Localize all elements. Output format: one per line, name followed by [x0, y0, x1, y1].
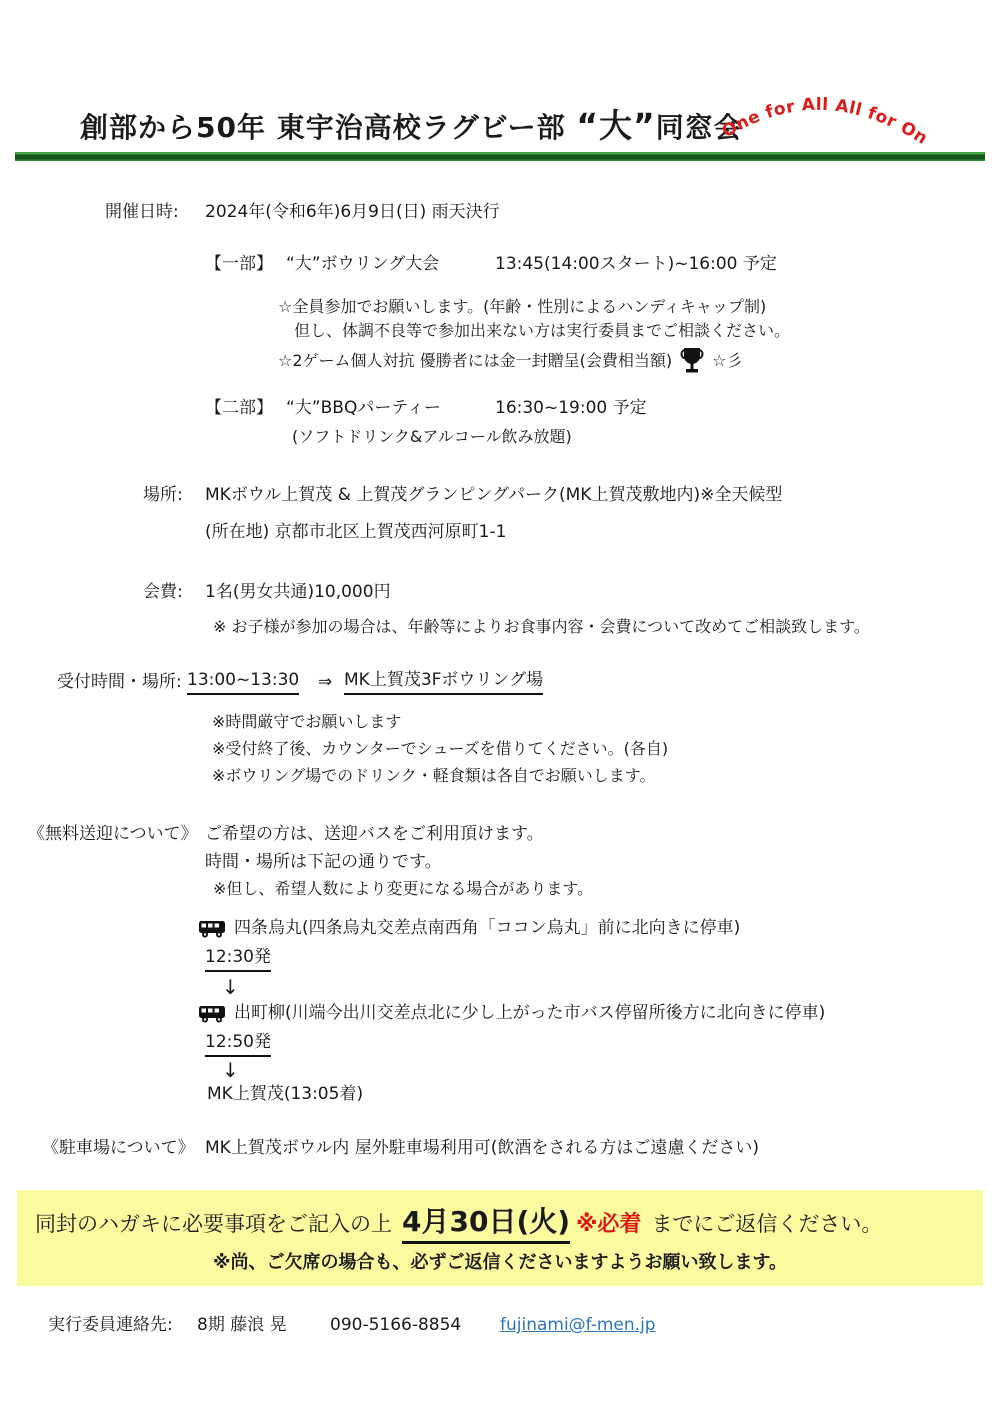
venue-name: MKボウル上賀茂 & 上賀茂グランピングパーク(MK上賀茂敷地内)※全天候型	[205, 485, 782, 506]
reply-line1-post: までにご返信ください。	[651, 1208, 882, 1238]
bus-icon	[198, 1005, 226, 1023]
shuttle-stop-name: 四条烏丸(四条烏丸交差点南西角「ココン烏丸」前に北向きに停車)	[234, 918, 740, 939]
down-arrow-icon: ↓	[222, 975, 239, 1000]
shuttle-intro-3: ※但し、希望人数により変更になる場合があります。	[213, 879, 593, 899]
date-value: 2024年(令和6年)6月9日(日) 雨天決行	[205, 202, 500, 223]
page-title: 創部から50年 東宇治高校ラグビー部 “大”同窓会	[80, 100, 743, 147]
part1-time: 13:45(14:00スタート)~16:00 予定	[495, 254, 777, 275]
down-arrow-icon: ↓	[222, 1058, 239, 1083]
part2-name: “大”BBQパーティー	[286, 398, 441, 419]
reception-note-1: ※時間厳守でお願いします	[212, 712, 401, 732]
contact-email-link[interactable]: fujinami@f-men.jp	[500, 1315, 656, 1336]
reception-place: MK上賀茂3Fボウリング場	[344, 670, 543, 695]
reception-label: 受付時間・場所:	[57, 672, 182, 693]
parking-text: MK上賀茂ボウル内 屋外駐車場利用可(飲酒をされる方はご遠慮ください)	[205, 1138, 759, 1159]
shuttle-stop-row: 四条烏丸(四条烏丸交差点南西角「ココン烏丸」前に北向きに停車)	[198, 918, 740, 939]
reception-note-2: ※受付終了後、カウンターでシューズを借りてください。(各自)	[212, 739, 668, 759]
part1-note3: ☆2ゲーム個人対抗 優勝者には金一封贈呈(会費相当額)	[278, 351, 672, 371]
fee-amount: 1名(男女共通)10,000円	[205, 582, 391, 603]
divider-bar	[15, 152, 985, 161]
shuttle-arrival: MK上賀茂(13:05着)	[207, 1084, 363, 1105]
part2-note: (ソフトドリンク&アルコール飲み放題)	[292, 427, 572, 447]
part1-name: “大”ボウリング大会	[286, 254, 439, 275]
date-label: 開催日時:	[105, 202, 179, 223]
shuttle-stop-row: 出町柳(川端今出川交差点北に少し上がった市バス停留所後方に北向きに停車)	[198, 1003, 825, 1024]
reception-time: 13:00~13:30	[187, 670, 299, 695]
part1-bracket: 【一部】	[205, 254, 273, 275]
venue-label: 場所:	[143, 485, 183, 506]
title-dai: “大”	[576, 106, 655, 145]
part2-bracket: 【二部】	[205, 398, 273, 419]
part1-trophy-suffix: ☆彡	[712, 351, 742, 371]
shuttle-intro-2: 時間・場所は下記の通りです。	[205, 852, 442, 873]
contact-person: 8期 藤浪 晃	[197, 1315, 287, 1336]
contact-label: 実行委員連絡先:	[48, 1315, 173, 1336]
reply-deadline-box: 同封のハガキに必要事項をご記入の上 4月30日(火) ※必着 までにご返信くださ…	[17, 1190, 983, 1286]
contact-phone: 090-5166-8854	[330, 1315, 461, 1336]
svg-text:One for All All for One: One for All All for One	[718, 82, 931, 149]
reply-deadline-date: 4月30日(火)	[402, 1200, 570, 1244]
part1-note1: ☆全員参加でお願いします。(年齢・性別によるハンディキャップ制)	[278, 297, 766, 317]
parking-label: 《駐車場について》	[42, 1138, 195, 1159]
reception-note-3: ※ボウリング場でのドリンク・軽食類は各自でお願いします。	[212, 766, 656, 786]
reply-line1-pre: 同封のハガキに必要事項をご記入の上	[35, 1208, 392, 1238]
shuttle-label: 《無料送迎について》	[28, 824, 198, 845]
part1-note3-row: ☆2ゲーム個人対抗 優勝者には金一封贈呈(会費相当額) ☆彡	[278, 347, 742, 375]
bus-icon	[198, 920, 226, 938]
fee-note: ※ お子様が参加の場合は、年齢等によりお食事内容・会費について改めてご相談致しま…	[213, 617, 870, 637]
reply-required-badge: ※必着	[576, 1207, 641, 1238]
reply-line2: ※尚、ご欠席の場合も、必ずご返信くださいますようお願い致します。	[17, 1248, 983, 1274]
flyer-page: 創部から50年 東宇治高校ラグビー部 “大”同窓会 One for All Al…	[0, 0, 1000, 1414]
part2-time: 16:30~19:00 予定	[495, 398, 647, 419]
fee-label: 会費:	[143, 582, 183, 603]
shuttle-depart-time: 12:50発	[205, 1032, 271, 1057]
slogan-text: One for All All for One	[718, 82, 931, 149]
shuttle-depart-time: 12:30発	[205, 947, 271, 972]
title-part1: 創部から50年 東宇治高校ラグビー部	[80, 111, 576, 144]
trophy-icon	[680, 347, 704, 375]
right-arrow: ⇒	[318, 672, 332, 693]
reply-line1: 同封のハガキに必要事項をご記入の上 4月30日(火) ※必着 までにご返信くださ…	[35, 1200, 882, 1244]
shuttle-stop-name: 出町柳(川端今出川交差点北に少し上がった市バス停留所後方に北向きに停車)	[234, 1003, 825, 1024]
part1-note2: 但し、体調不良等で参加出来ない方は実行委員までご相談ください。	[294, 321, 790, 341]
venue-address: (所在地) 京都市北区上賀茂西河原町1-1	[205, 522, 506, 543]
shuttle-intro-1: ご希望の方は、送迎バスをご利用頂けます。	[205, 824, 544, 845]
